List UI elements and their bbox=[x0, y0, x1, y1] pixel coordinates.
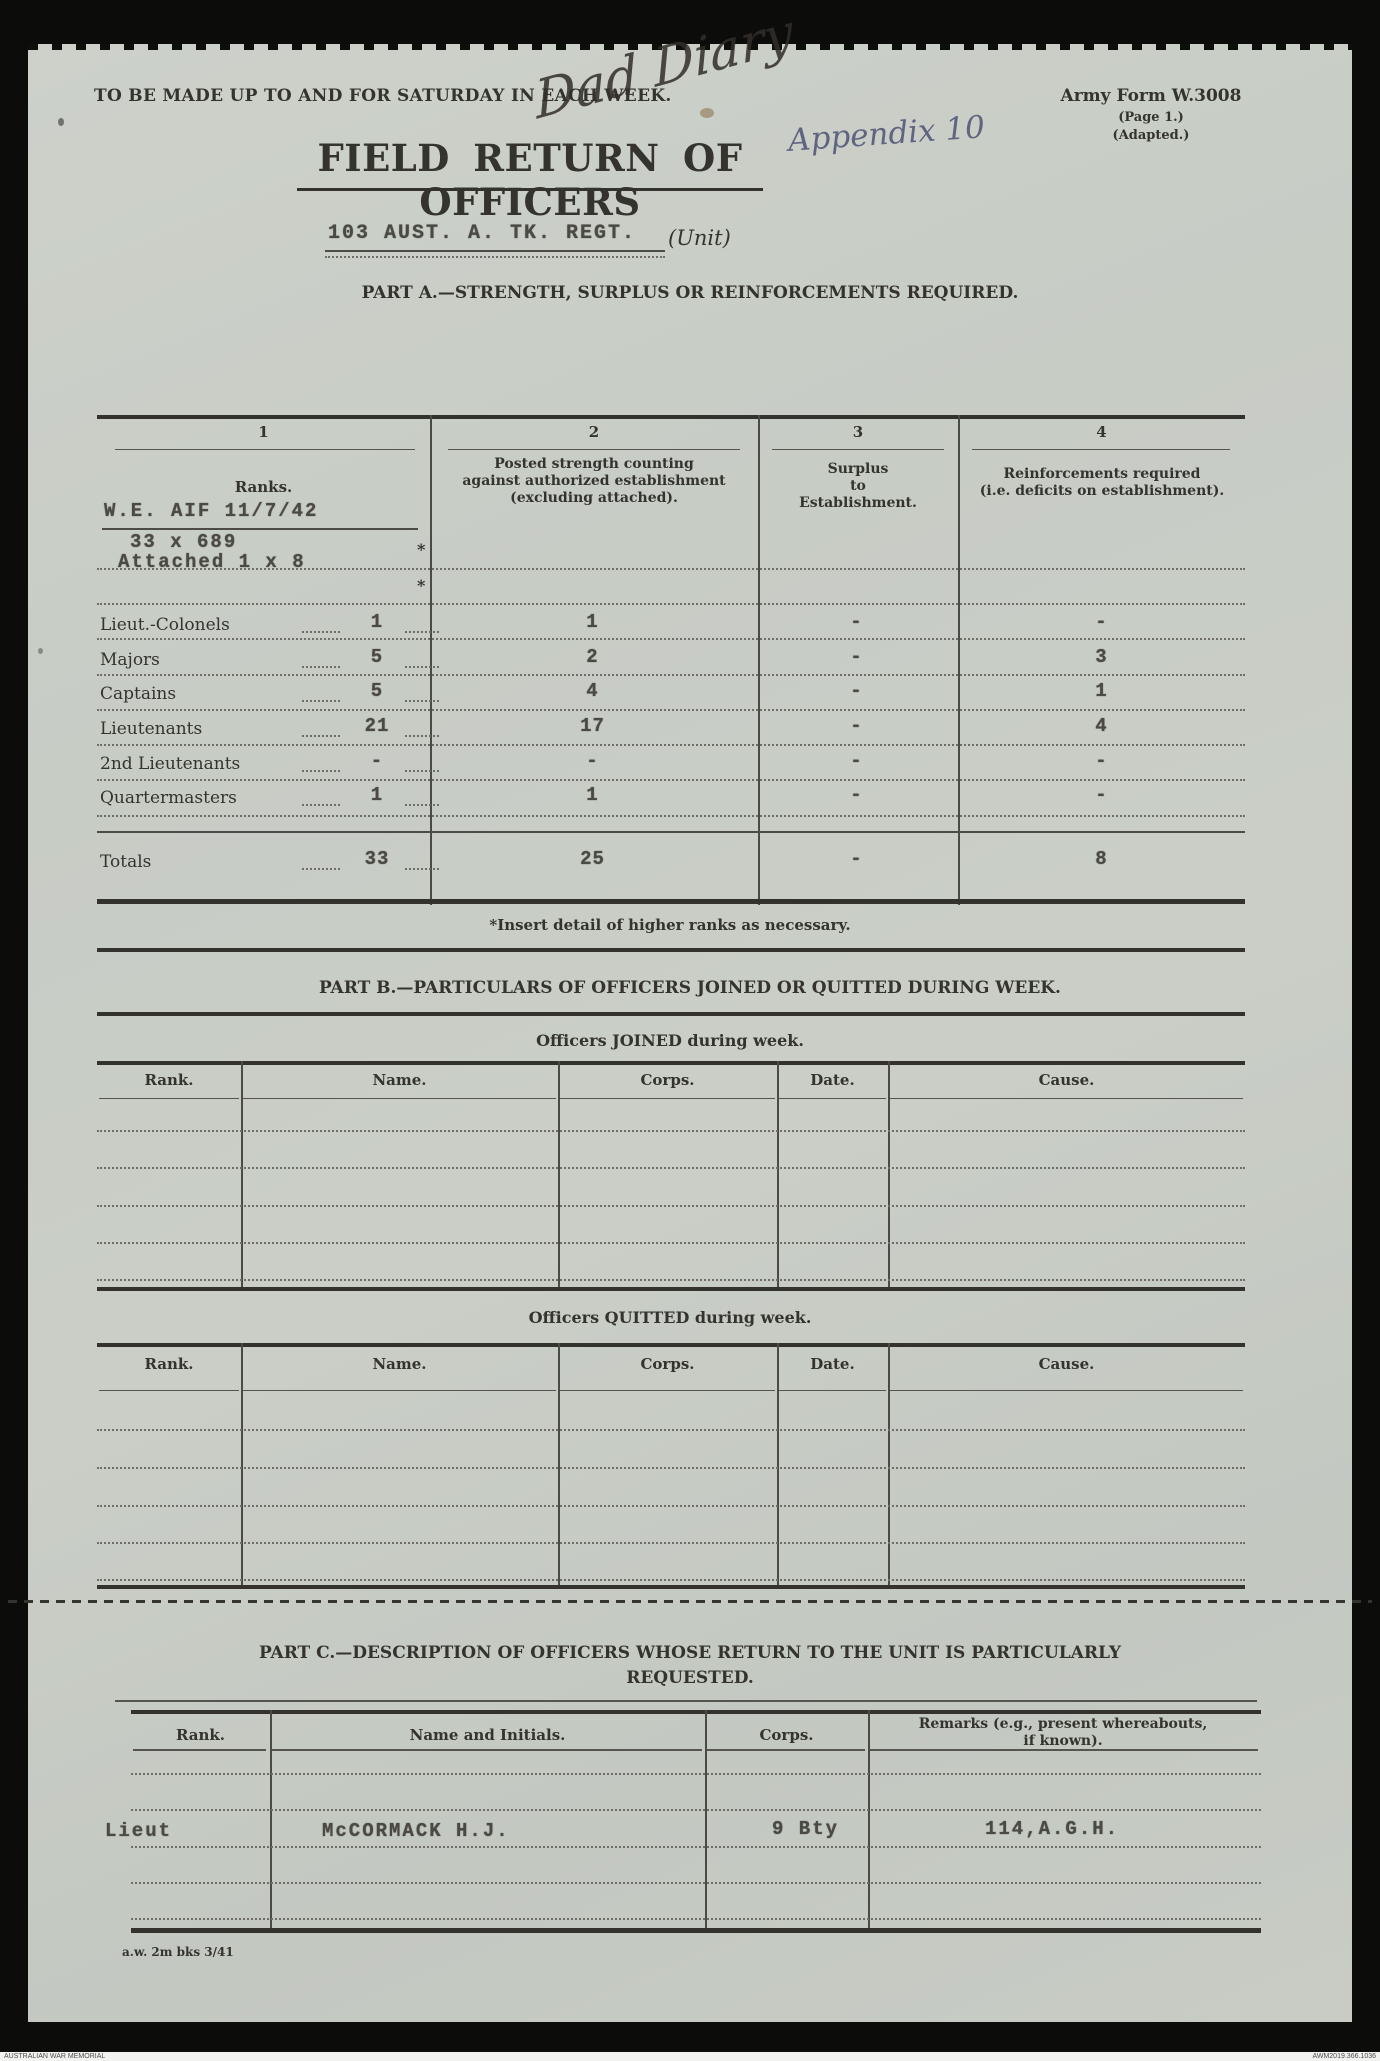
archive-id: AWM2019.366.1036 bbox=[1312, 2052, 1376, 2061]
establishment-value: 21 bbox=[337, 715, 417, 737]
part-a-table-top-border bbox=[97, 415, 1245, 419]
part-c-col-corps: Corps. bbox=[705, 1726, 868, 1744]
establishment-value: 1 bbox=[337, 611, 417, 633]
quitted-col-divider bbox=[777, 1343, 779, 1586]
rank-row: Quartermasters 1 1 - - bbox=[97, 788, 1245, 818]
we-establishment-line: W.E. AIF 11/7/42 bbox=[104, 500, 318, 522]
leader-dots bbox=[302, 868, 340, 870]
part-a-col3-header: Surplus to Establishment. bbox=[760, 461, 956, 512]
reinforcements-value: 3 bbox=[958, 646, 1245, 668]
quitted-col-corps: Corps. bbox=[558, 1355, 777, 1373]
leader-dots bbox=[302, 700, 340, 702]
part-c-col-remarks: Remarks (e.g., present whereabouts, if k… bbox=[868, 1716, 1258, 1750]
leader-dots bbox=[302, 804, 340, 806]
joined-col-date: Date. bbox=[777, 1071, 888, 1089]
leader-dots bbox=[302, 735, 340, 737]
joined-col-divider bbox=[558, 1061, 560, 1290]
quitted-col-divider bbox=[558, 1343, 560, 1586]
part-a-col4-header: Reinforcements required (i.e. deficits o… bbox=[962, 466, 1242, 500]
part-a-col1-header: Ranks. bbox=[97, 478, 430, 496]
establishment-value: 5 bbox=[337, 646, 417, 668]
archive-footer-strip bbox=[0, 2052, 1380, 2061]
rank-row: Lieut.-Colonels 1 1 - - bbox=[97, 615, 1245, 645]
part-c-header-underline bbox=[272, 1749, 702, 1751]
joined-empty-row bbox=[97, 1279, 1245, 1281]
part-a-dotted-row bbox=[97, 638, 1245, 640]
perforation-dashed-line bbox=[8, 1600, 1372, 1603]
establishment-total: 33 bbox=[337, 848, 417, 870]
unit-dotted-line bbox=[325, 256, 665, 258]
part-b-heading: PART B.—PARTICULARS OF OFFICERS JOINED O… bbox=[150, 978, 1230, 998]
joined-header-underline bbox=[779, 1098, 886, 1099]
joined-col-cause: Cause. bbox=[888, 1071, 1245, 1089]
totals-row: Totals 33 25 - 8 bbox=[97, 852, 1245, 882]
part-c-col-name: Name and Initials. bbox=[270, 1726, 705, 1744]
section-divider-rule bbox=[97, 948, 1245, 952]
joined-table-top-border bbox=[97, 1061, 1245, 1065]
quitted-empty-row bbox=[97, 1505, 1245, 1507]
quitted-empty-row bbox=[97, 1467, 1245, 1469]
part-c-entry-row-line bbox=[131, 1846, 1261, 1848]
leader-dots bbox=[302, 770, 340, 772]
asterisk-mark: * bbox=[417, 540, 425, 559]
we-strength-line: 33 x 689 bbox=[130, 531, 237, 553]
totals-separator-line bbox=[97, 831, 1245, 833]
entry-rank: Lieut bbox=[105, 1820, 172, 1842]
surplus-value: - bbox=[758, 680, 955, 702]
unit-label: (Unit) bbox=[668, 226, 731, 250]
joined-empty-row bbox=[97, 1130, 1245, 1132]
posted-value: 17 bbox=[430, 715, 755, 737]
establishment-value: 1 bbox=[337, 784, 417, 806]
entry-remarks: 114,A.G.H. bbox=[985, 1818, 1119, 1840]
quitted-empty-row bbox=[97, 1579, 1245, 1581]
col-number-underline bbox=[772, 449, 944, 450]
reinforcements-value: - bbox=[958, 750, 1245, 772]
surplus-value: - bbox=[758, 750, 955, 772]
part-a-col2-header: Posted strength counting against authori… bbox=[433, 456, 755, 507]
part-c-table-top-border bbox=[131, 1710, 1261, 1714]
quitted-table-bottom-border bbox=[97, 1585, 1245, 1589]
asterisk-mark: * bbox=[417, 576, 425, 595]
joined-table-bottom-border bbox=[97, 1287, 1245, 1291]
part-a-heading: PART A.—STRENGTH, SURPLUS OR REINFORCEME… bbox=[160, 283, 1220, 303]
part-a-dotted-row bbox=[97, 744, 1245, 746]
joined-header-underline bbox=[560, 1098, 775, 1099]
title-underline bbox=[297, 188, 763, 191]
part-c-header-underline bbox=[707, 1749, 865, 1751]
posted-value: 2 bbox=[430, 646, 755, 668]
joined-col-corps: Corps. bbox=[558, 1071, 777, 1089]
archive-name: AUSTRALIAN WAR MEMORIAL bbox=[4, 2052, 105, 2061]
joined-col-divider bbox=[241, 1061, 243, 1290]
part-c-heading-line2: REQUESTED. bbox=[110, 1668, 1270, 1688]
quitted-header-underline bbox=[243, 1390, 556, 1391]
reinforcements-total: 8 bbox=[958, 848, 1245, 870]
leader-dots bbox=[302, 666, 340, 668]
joined-col-name: Name. bbox=[241, 1071, 558, 1089]
part-a-dotted-row bbox=[97, 779, 1245, 781]
quitted-empty-row bbox=[97, 1429, 1245, 1431]
quitted-col-cause: Cause. bbox=[888, 1355, 1245, 1373]
part-c-empty-row bbox=[131, 1882, 1261, 1884]
section-divider-rule bbox=[97, 1012, 1245, 1016]
part-c-header-underline bbox=[133, 1749, 266, 1751]
paper-speck bbox=[58, 118, 64, 126]
part-c-table-bottom-border bbox=[131, 1928, 1261, 1933]
posted-value: - bbox=[430, 750, 755, 772]
form-number: Army Form W.3008 bbox=[1040, 86, 1262, 106]
entry-corps: 9 Bty bbox=[772, 1818, 839, 1840]
part-c-col-rank: Rank. bbox=[131, 1726, 270, 1744]
col-number-1: 1 bbox=[97, 423, 430, 441]
quitted-header-underline bbox=[890, 1390, 1243, 1391]
part-c-header-underline bbox=[870, 1749, 1258, 1751]
paper-speck bbox=[38, 648, 43, 654]
quitted-col-divider bbox=[888, 1343, 890, 1586]
rank-label: Quartermasters bbox=[100, 788, 237, 808]
form-page-note: (Page 1.) bbox=[1040, 110, 1262, 125]
surplus-value: - bbox=[758, 611, 955, 633]
unit-name-entry: 103 AUST. A. TK. REGT. bbox=[328, 222, 636, 245]
joined-empty-row bbox=[97, 1205, 1245, 1207]
reinforcements-value: 1 bbox=[958, 680, 1245, 702]
part-c-heading-line1: PART C.—DESCRIPTION OF OFFICERS WHOSE RE… bbox=[110, 1643, 1270, 1663]
quitted-col-name: Name. bbox=[241, 1355, 558, 1373]
surplus-value: - bbox=[758, 715, 955, 737]
part-a-dotted-row bbox=[97, 709, 1245, 711]
joined-col-rank: Rank. bbox=[97, 1071, 241, 1089]
quitted-header-underline bbox=[99, 1390, 239, 1391]
joined-col-divider bbox=[888, 1061, 890, 1290]
col-number-4: 4 bbox=[958, 423, 1245, 441]
unit-underline bbox=[325, 250, 665, 252]
quitted-col-rank: Rank. bbox=[97, 1355, 241, 1373]
leader-dots bbox=[302, 631, 340, 633]
establishment-value: 5 bbox=[337, 680, 417, 702]
col-number-3: 3 bbox=[758, 423, 958, 441]
quitted-empty-row bbox=[97, 1542, 1245, 1544]
establishment-value: - bbox=[337, 750, 417, 772]
surplus-value: - bbox=[758, 646, 955, 668]
part-c-empty-row bbox=[131, 1773, 1261, 1775]
quitted-col-divider bbox=[241, 1343, 243, 1586]
joined-header-underline bbox=[99, 1098, 239, 1099]
quitted-header-underline bbox=[560, 1390, 775, 1391]
col-number-2: 2 bbox=[430, 423, 758, 441]
part-a-table-bottom-border bbox=[97, 899, 1245, 904]
joined-empty-row bbox=[97, 1242, 1245, 1244]
part-a-dotted-row bbox=[97, 674, 1245, 676]
joined-col-divider bbox=[777, 1061, 779, 1290]
posted-total: 25 bbox=[430, 848, 755, 870]
col-number-underline bbox=[448, 449, 740, 450]
col-number-underline bbox=[115, 449, 415, 450]
rank-label: Captains bbox=[100, 684, 176, 704]
joined-empty-row bbox=[97, 1167, 1245, 1169]
joined-header-underline bbox=[243, 1098, 556, 1099]
quitted-col-date: Date. bbox=[777, 1355, 888, 1373]
part-c-thin-rule bbox=[115, 1700, 1257, 1702]
document-title: FIELD RETURN OF OFFICERS bbox=[290, 136, 770, 224]
scanned-document: TO BE MADE UP TO AND FOR SATURDAY IN EAC… bbox=[0, 0, 1380, 2061]
part-a-dotted-row bbox=[97, 568, 1245, 570]
surplus-total: - bbox=[758, 848, 955, 870]
quitted-table-top-border bbox=[97, 1343, 1245, 1347]
surplus-value: - bbox=[758, 784, 955, 806]
paper-stain bbox=[700, 108, 714, 118]
print-code: a.w. 2m bks 3/41 bbox=[122, 1945, 234, 1959]
officers-joined-title: Officers JOINED during week. bbox=[340, 1031, 1000, 1050]
we-underline bbox=[102, 528, 418, 530]
officers-quitted-title: Officers QUITTED during week. bbox=[340, 1308, 1000, 1327]
rank-label: Majors bbox=[100, 650, 160, 670]
reinforcements-value: - bbox=[958, 784, 1245, 806]
part-a-footnote: *Insert detail of higher ranks as necess… bbox=[340, 916, 1000, 934]
joined-header-underline bbox=[890, 1098, 1243, 1099]
part-c-empty-row bbox=[131, 1918, 1261, 1920]
totals-label: Totals bbox=[100, 852, 151, 872]
col-number-underline bbox=[972, 449, 1230, 450]
rank-label: 2nd Lieutenants bbox=[100, 754, 240, 774]
rank-label: Lieutenants bbox=[100, 719, 202, 739]
entry-name: McCORMACK H.J. bbox=[322, 1820, 510, 1842]
part-a-dotted-row bbox=[97, 603, 1245, 605]
reinforcements-value: - bbox=[958, 611, 1245, 633]
rank-label: Lieut.-Colonels bbox=[100, 615, 230, 635]
posted-value: 4 bbox=[430, 680, 755, 702]
posted-value: 1 bbox=[430, 611, 755, 633]
quitted-header-underline bbox=[779, 1390, 886, 1391]
part-a-dotted-row bbox=[97, 815, 1245, 817]
form-adapted-note: (Adapted.) bbox=[1040, 128, 1262, 143]
posted-value: 1 bbox=[430, 784, 755, 806]
part-c-empty-row bbox=[131, 1809, 1261, 1811]
reinforcements-value: 4 bbox=[958, 715, 1245, 737]
